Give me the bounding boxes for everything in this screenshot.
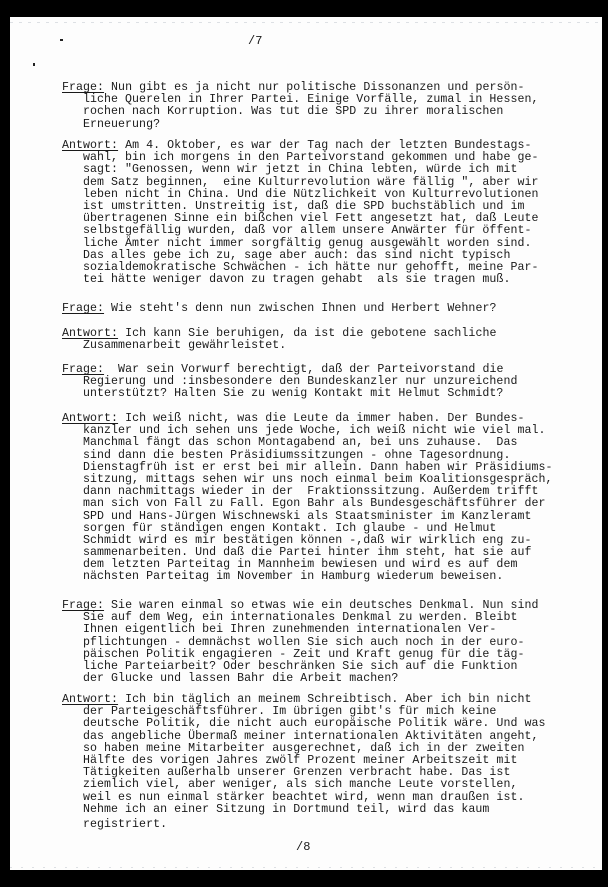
page-number-top: /7 bbox=[248, 34, 263, 48]
question-entry: Frage: Sie waren einmal so etwas wie ein… bbox=[62, 600, 582, 685]
answer-entry: Antwort: Ich weiß nicht, was die Leute d… bbox=[62, 413, 582, 584]
scan-artifact-bottom bbox=[10, 867, 602, 868]
question-label: Frage: bbox=[62, 81, 104, 94]
question-entry: Frage: War sein Vorwurf berechtigt, daß … bbox=[62, 364, 582, 401]
page-number-bottom: /8 bbox=[296, 840, 311, 854]
document-page: /7 Frage: Nun gibt es ja nicht nur polit… bbox=[10, 17, 602, 870]
answer-label: Antwort: bbox=[62, 412, 118, 425]
question-entry: Frage: Wie steht's denn nun zwischen Ihn… bbox=[62, 303, 582, 315]
scan-artifact-top bbox=[10, 22, 602, 23]
answer-label: Antwort: bbox=[62, 693, 118, 706]
answer-label: Antwort: bbox=[62, 327, 118, 340]
scan-speck bbox=[60, 39, 63, 41]
question-entry: Frage: Nun gibt es ja nicht nur politisc… bbox=[62, 82, 582, 131]
answer-entry: Antwort: Ich kann Sie beruhigen, da ist … bbox=[62, 328, 582, 352]
question-label: Frage: bbox=[62, 363, 104, 376]
scan-speck bbox=[33, 63, 35, 66]
question-label: Frage: bbox=[62, 599, 104, 612]
answer-entry: Antwort: Ich bin täglich an meinem Schre… bbox=[62, 694, 582, 831]
answer-entry: Antwort: Am 4. Oktober, es war der Tag n… bbox=[62, 140, 582, 286]
question-label: Frage: bbox=[62, 302, 104, 315]
answer-label: Antwort: bbox=[62, 139, 118, 152]
